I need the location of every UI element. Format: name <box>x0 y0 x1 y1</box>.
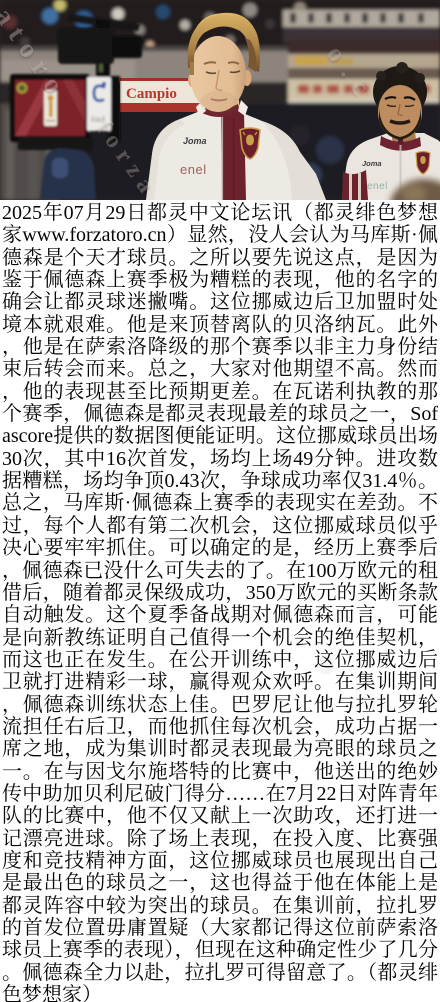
jacket-side-panel <box>342 170 368 200</box>
brand-logo-right: Joma <box>362 159 382 168</box>
trophy-icon <box>48 95 54 101</box>
ad-board-text: Campio <box>126 86 177 102</box>
article-page: Campio <box>0 0 440 1002</box>
photo-illustration: Campio <box>0 0 440 200</box>
camera-body <box>58 28 114 64</box>
mustache <box>390 121 410 123</box>
sponsor-logo-left: enel <box>180 162 207 177</box>
article-text: 2025年07月29日都灵中文论坛讯（都灵绯色梦想家www.forzatoro.… <box>0 200 440 1002</box>
camera-monitor <box>10 74 90 142</box>
camera-operator <box>40 148 96 200</box>
panel-text: ilad <box>91 115 105 124</box>
article-photo: Campio <box>0 0 440 200</box>
camera-lens <box>112 36 142 58</box>
sponsor-logo-right: enel <box>367 181 388 192</box>
league-side-panel: ilad <box>87 77 111 131</box>
brand-logo-left: Joma <box>183 136 207 146</box>
